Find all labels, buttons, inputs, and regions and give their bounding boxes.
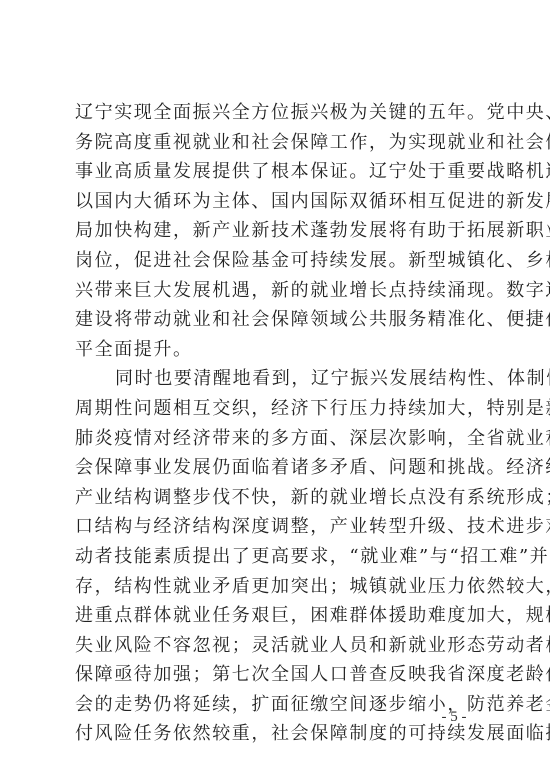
text-line: 进重点群体就业任务艰巨，困难群体援助难度加大，规模性 xyxy=(75,601,477,631)
text-line: 存，结构性就业矛盾更加突出；城镇就业压力依然较大，促 xyxy=(75,572,477,602)
text-line: 肺炎疫情对经济带来的多方面、深层次影响，全省就业和社 xyxy=(75,424,477,454)
text-line: 口结构与经济结构深度调整，产业转型升级、技术进步对劳 xyxy=(75,512,477,542)
text-line: 平全面提升。 xyxy=(75,335,477,365)
page-number: - 5 - xyxy=(432,709,476,726)
text-line: 产业结构调整步伐不快，新的就业增长点没有系统形成；人 xyxy=(75,483,477,513)
text-line: 周期性问题相互交织，经济下行压力持续加大，特别是新冠 xyxy=(75,394,477,424)
text-line: 辽宁实现全面振兴全方位振兴极为关键的五年。党中央、国 xyxy=(75,98,477,128)
text-line: 保障亟待加强；第七次全国人口普查反映我省深度老龄化社 xyxy=(75,660,477,690)
text-line: 付风险任务依然较重，社会保障制度的可持续发展面临挑战； xyxy=(75,719,477,749)
text-line: 兴带来巨大发展机遇，新的就业增长点持续涌现。数字辽宁 xyxy=(75,276,477,306)
paragraph-2: 同时也要清醒地看到，辽宁振兴发展结构性、体制性、 周期性问题相互交织，经济下行压… xyxy=(75,364,477,749)
text-line: 局加快构建，新产业新技术蓬勃发展将有助于拓展新职业新 xyxy=(75,216,477,246)
text-line: 以国内大循环为主体、国内国际双循环相互促进的新发展格 xyxy=(75,187,477,217)
text-line: 务院高度重视就业和社会保障工作，为实现就业和社会保障 xyxy=(75,128,477,158)
text-line: 同时也要清醒地看到，辽宁振兴发展结构性、体制性、 xyxy=(75,364,477,394)
text-line: 会保障事业发展仍面临着诸多矛盾、问题和挑战。经济结构、 xyxy=(75,453,477,483)
text-line: 动者技能素质提出了更高要求，“就业难”与“招工难”并 xyxy=(75,542,477,572)
text-line: 失业风险不容忽视；灵活就业人员和新就业形态劳动者权益 xyxy=(75,631,477,661)
document-page: 辽宁实现全面振兴全方位振兴极为关键的五年。党中央、国 务院高度重视就业和社会保障… xyxy=(0,0,550,777)
text-line: 事业高质量发展提供了根本保证。辽宁处于重要战略机遇期， xyxy=(75,157,477,187)
text-line: 会的走势仍将延续，扩面征缴空间逐步缩小，防范养老金支 xyxy=(75,690,477,720)
text-line: 岗位，促进社会保险基金可持续发展。新型城镇化、乡村振 xyxy=(75,246,477,276)
paragraph-1: 辽宁实现全面振兴全方位振兴极为关键的五年。党中央、国 务院高度重视就业和社会保障… xyxy=(75,98,477,364)
text-line: 建设将带动就业和社会保障领域公共服务精准化、便捷化水 xyxy=(75,305,477,335)
body-text: 辽宁实现全面振兴全方位振兴极为关键的五年。党中央、国 务院高度重视就业和社会保障… xyxy=(75,98,477,749)
